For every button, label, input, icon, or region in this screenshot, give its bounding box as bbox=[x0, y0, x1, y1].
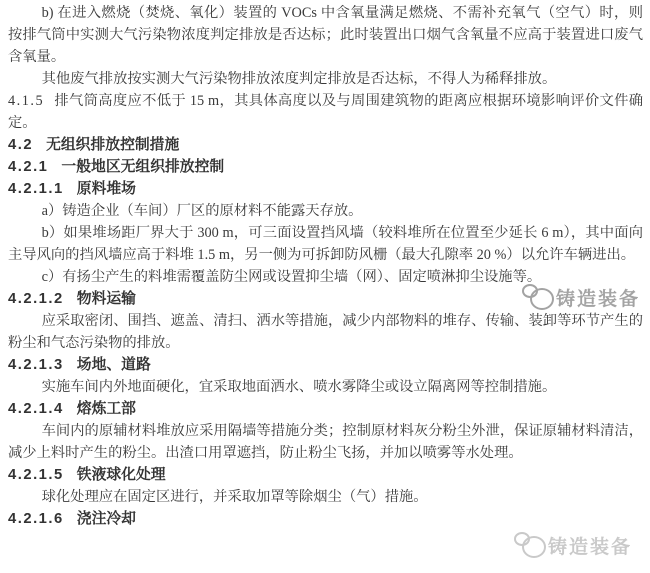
heading-4-2-1-6: 4.2.1.6浇注冷却 bbox=[8, 508, 643, 530]
heading-title: 原料堆场 bbox=[77, 181, 136, 197]
heading-4-2-1-1: 4.2.1.1原料堆场 bbox=[8, 178, 643, 200]
heading-number: 4.2.1.2 bbox=[8, 291, 64, 307]
list-item-a: a）铸造企业（车间）厂区的原材料不能露天存放。 bbox=[8, 200, 643, 222]
heading-number: 4.2 bbox=[8, 137, 33, 153]
list-item-b: b）如果堆场距厂界大于 300 m，可三面设置挡风墙（较料堆所在位置至少延长 6… bbox=[8, 222, 643, 266]
heading-4-2-1-4: 4.2.1.4熔炼工部 bbox=[8, 398, 643, 420]
heading-number: 4.2.1 bbox=[8, 159, 48, 175]
heading-title: 物料运输 bbox=[77, 291, 136, 307]
list-item-b-vocs: b) 在进入燃烧（焚烧、氧化）装置的 VOCs 中含氧量满足燃烧、不需补充氧气（… bbox=[8, 2, 643, 68]
heading-title: 场地、道路 bbox=[77, 357, 151, 373]
heading-title: 熔炼工部 bbox=[77, 401, 136, 417]
heading-number: 4.2.1.1 bbox=[8, 181, 64, 197]
heading-title: 浇注冷却 bbox=[77, 511, 136, 527]
para-melting-section: 车间内的原辅材料堆放应采用隔墙等措施分类；控制原材料灰分粉尘外泄，保证原辅材料清… bbox=[8, 420, 643, 464]
heading-number: 4.2.1.3 bbox=[8, 357, 64, 373]
clause-number: 4.1.5 bbox=[8, 93, 44, 109]
para-site-road: 实施车间内外地面硬化，宜采取地面洒水、喷水雾降尘或设立隔离网等控制措施。 bbox=[8, 376, 643, 398]
heading-title: 无组织排放控制措施 bbox=[46, 137, 179, 153]
clause-4-1-5: 4.1.5排气筒高度应不低于 15 m，其具体高度以及与周围建筑物的距离应根据环… bbox=[8, 90, 643, 134]
heading-4-2-1-5: 4.2.1.5铁液球化处理 bbox=[8, 464, 643, 486]
heading-4-2: 4.2无组织排放控制措施 bbox=[8, 134, 643, 156]
document-page: { "page": { "background": "#ffffff", "te… bbox=[0, 0, 650, 573]
heading-4-2-1: 4.2.1一般地区无组织排放控制 bbox=[8, 156, 643, 178]
list-item-c: c）有扬尘产生的料堆需覆盖防尘网或设置抑尘墙（网）、固定喷淋抑尘设施等。 bbox=[8, 266, 643, 288]
para-spheroidizing: 球化处理应在固定区进行，并采取加罩等除烟尘（气）措施。 bbox=[8, 486, 643, 508]
para-other-exhaust: 其他废气排放按实测大气污染物排放浓度判定排放是否达标，不得人为稀释排放。 bbox=[8, 68, 643, 90]
document-body: b) 在进入燃烧（焚烧、氧化）装置的 VOCs 中含氧量满足燃烧、不需补充氧气（… bbox=[0, 0, 650, 573]
clause-text: 排气筒高度应不低于 15 m，其具体高度以及与周围建筑物的距离应根据环境影响评价… bbox=[8, 93, 643, 131]
heading-number: 4.2.1.6 bbox=[8, 511, 64, 527]
heading-title: 铁液球化处理 bbox=[77, 467, 166, 483]
heading-number: 4.2.1.5 bbox=[8, 467, 64, 483]
heading-number: 4.2.1.4 bbox=[8, 401, 64, 417]
heading-4-2-1-2: 4.2.1.2物料运输 bbox=[8, 288, 643, 310]
heading-title: 一般地区无组织排放控制 bbox=[61, 159, 224, 175]
heading-4-2-1-3: 4.2.1.3场地、道路 bbox=[8, 354, 643, 376]
para-material-transport: 应采取密闭、围挡、遮盖、清扫、洒水等措施，减少内部物料的堆存、传输、装卸等环节产… bbox=[8, 310, 643, 354]
